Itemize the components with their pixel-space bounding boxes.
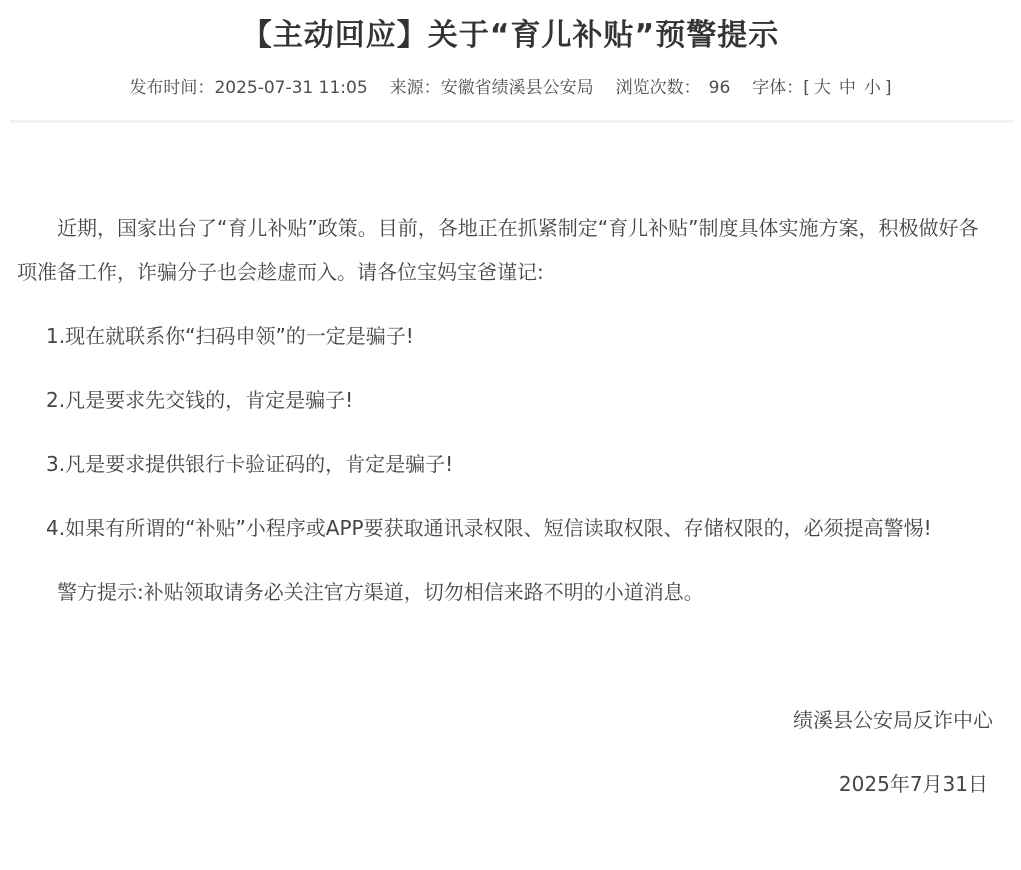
- views-count: 96: [709, 78, 731, 98]
- signature: 绩溪县公安局反诈中心: [17, 698, 993, 742]
- source-label: 来源：: [390, 78, 441, 98]
- source-value: 安徽省绩溪县公安局: [441, 78, 594, 98]
- article-content: 近期，国家出台了“育儿补贴”政策。目前，各地正在抓紧制定“育儿补贴”制度具体实施…: [0, 123, 1021, 806]
- font-size-bracket-close: ]: [885, 78, 892, 98]
- font-size-bracket-open: [: [803, 78, 810, 98]
- article-date: 2025年7月31日: [17, 762, 993, 806]
- warning-item-1: 1.现在就联系你“扫码申领”的一定是骗子!: [17, 314, 993, 358]
- warning-item-4: 4.如果有所谓的“补贴”小程序或APP要获取通讯录权限、短信读取权限、存储权限的…: [17, 506, 993, 550]
- article-meta: 发布时间：2025-07-31 11:05来源：安徽省绩溪县公安局浏览次数：96…: [0, 78, 1021, 98]
- paragraph-spacer: [17, 634, 993, 678]
- source-segment: 来源：安徽省绩溪县公安局: [390, 78, 594, 98]
- font-size-small-button[interactable]: 小: [864, 78, 881, 98]
- warning-item-3: 3.凡是要求提供银行卡验证码的，肯定是骗子!: [17, 442, 993, 486]
- publish-time-segment: 发布时间：2025-07-31 11:05: [129, 78, 367, 98]
- publish-time-label: 发布时间：: [129, 78, 214, 98]
- paragraph-intro: 近期，国家出台了“育儿补贴”政策。目前，各地正在抓紧制定“育儿补贴”制度具体实施…: [17, 206, 993, 294]
- police-tip-paragraph: 警方提示:补贴领取请务必关注官方渠道，切勿相信来路不明的小道消息。: [17, 570, 993, 614]
- views-label: 浏览次数：: [616, 78, 701, 98]
- font-size-segment: 字体：[大中小]: [752, 78, 891, 98]
- font-size-label: 字体：: [752, 78, 803, 98]
- publish-time-value: 2025-07-31 11:05: [214, 78, 367, 98]
- page-title: 【主动回应】关于“育儿补贴”预警提示: [0, 0, 1021, 56]
- article-page: 【主动回应】关于“育儿补贴”预警提示 发布时间：2025-07-31 11:05…: [0, 0, 1021, 870]
- views-segment: 浏览次数：96: [616, 78, 731, 98]
- warning-item-2: 2.凡是要求先交钱的，肯定是骗子!: [17, 378, 993, 422]
- font-size-large-button[interactable]: 大: [814, 78, 831, 98]
- font-size-medium-button[interactable]: 中: [839, 78, 856, 98]
